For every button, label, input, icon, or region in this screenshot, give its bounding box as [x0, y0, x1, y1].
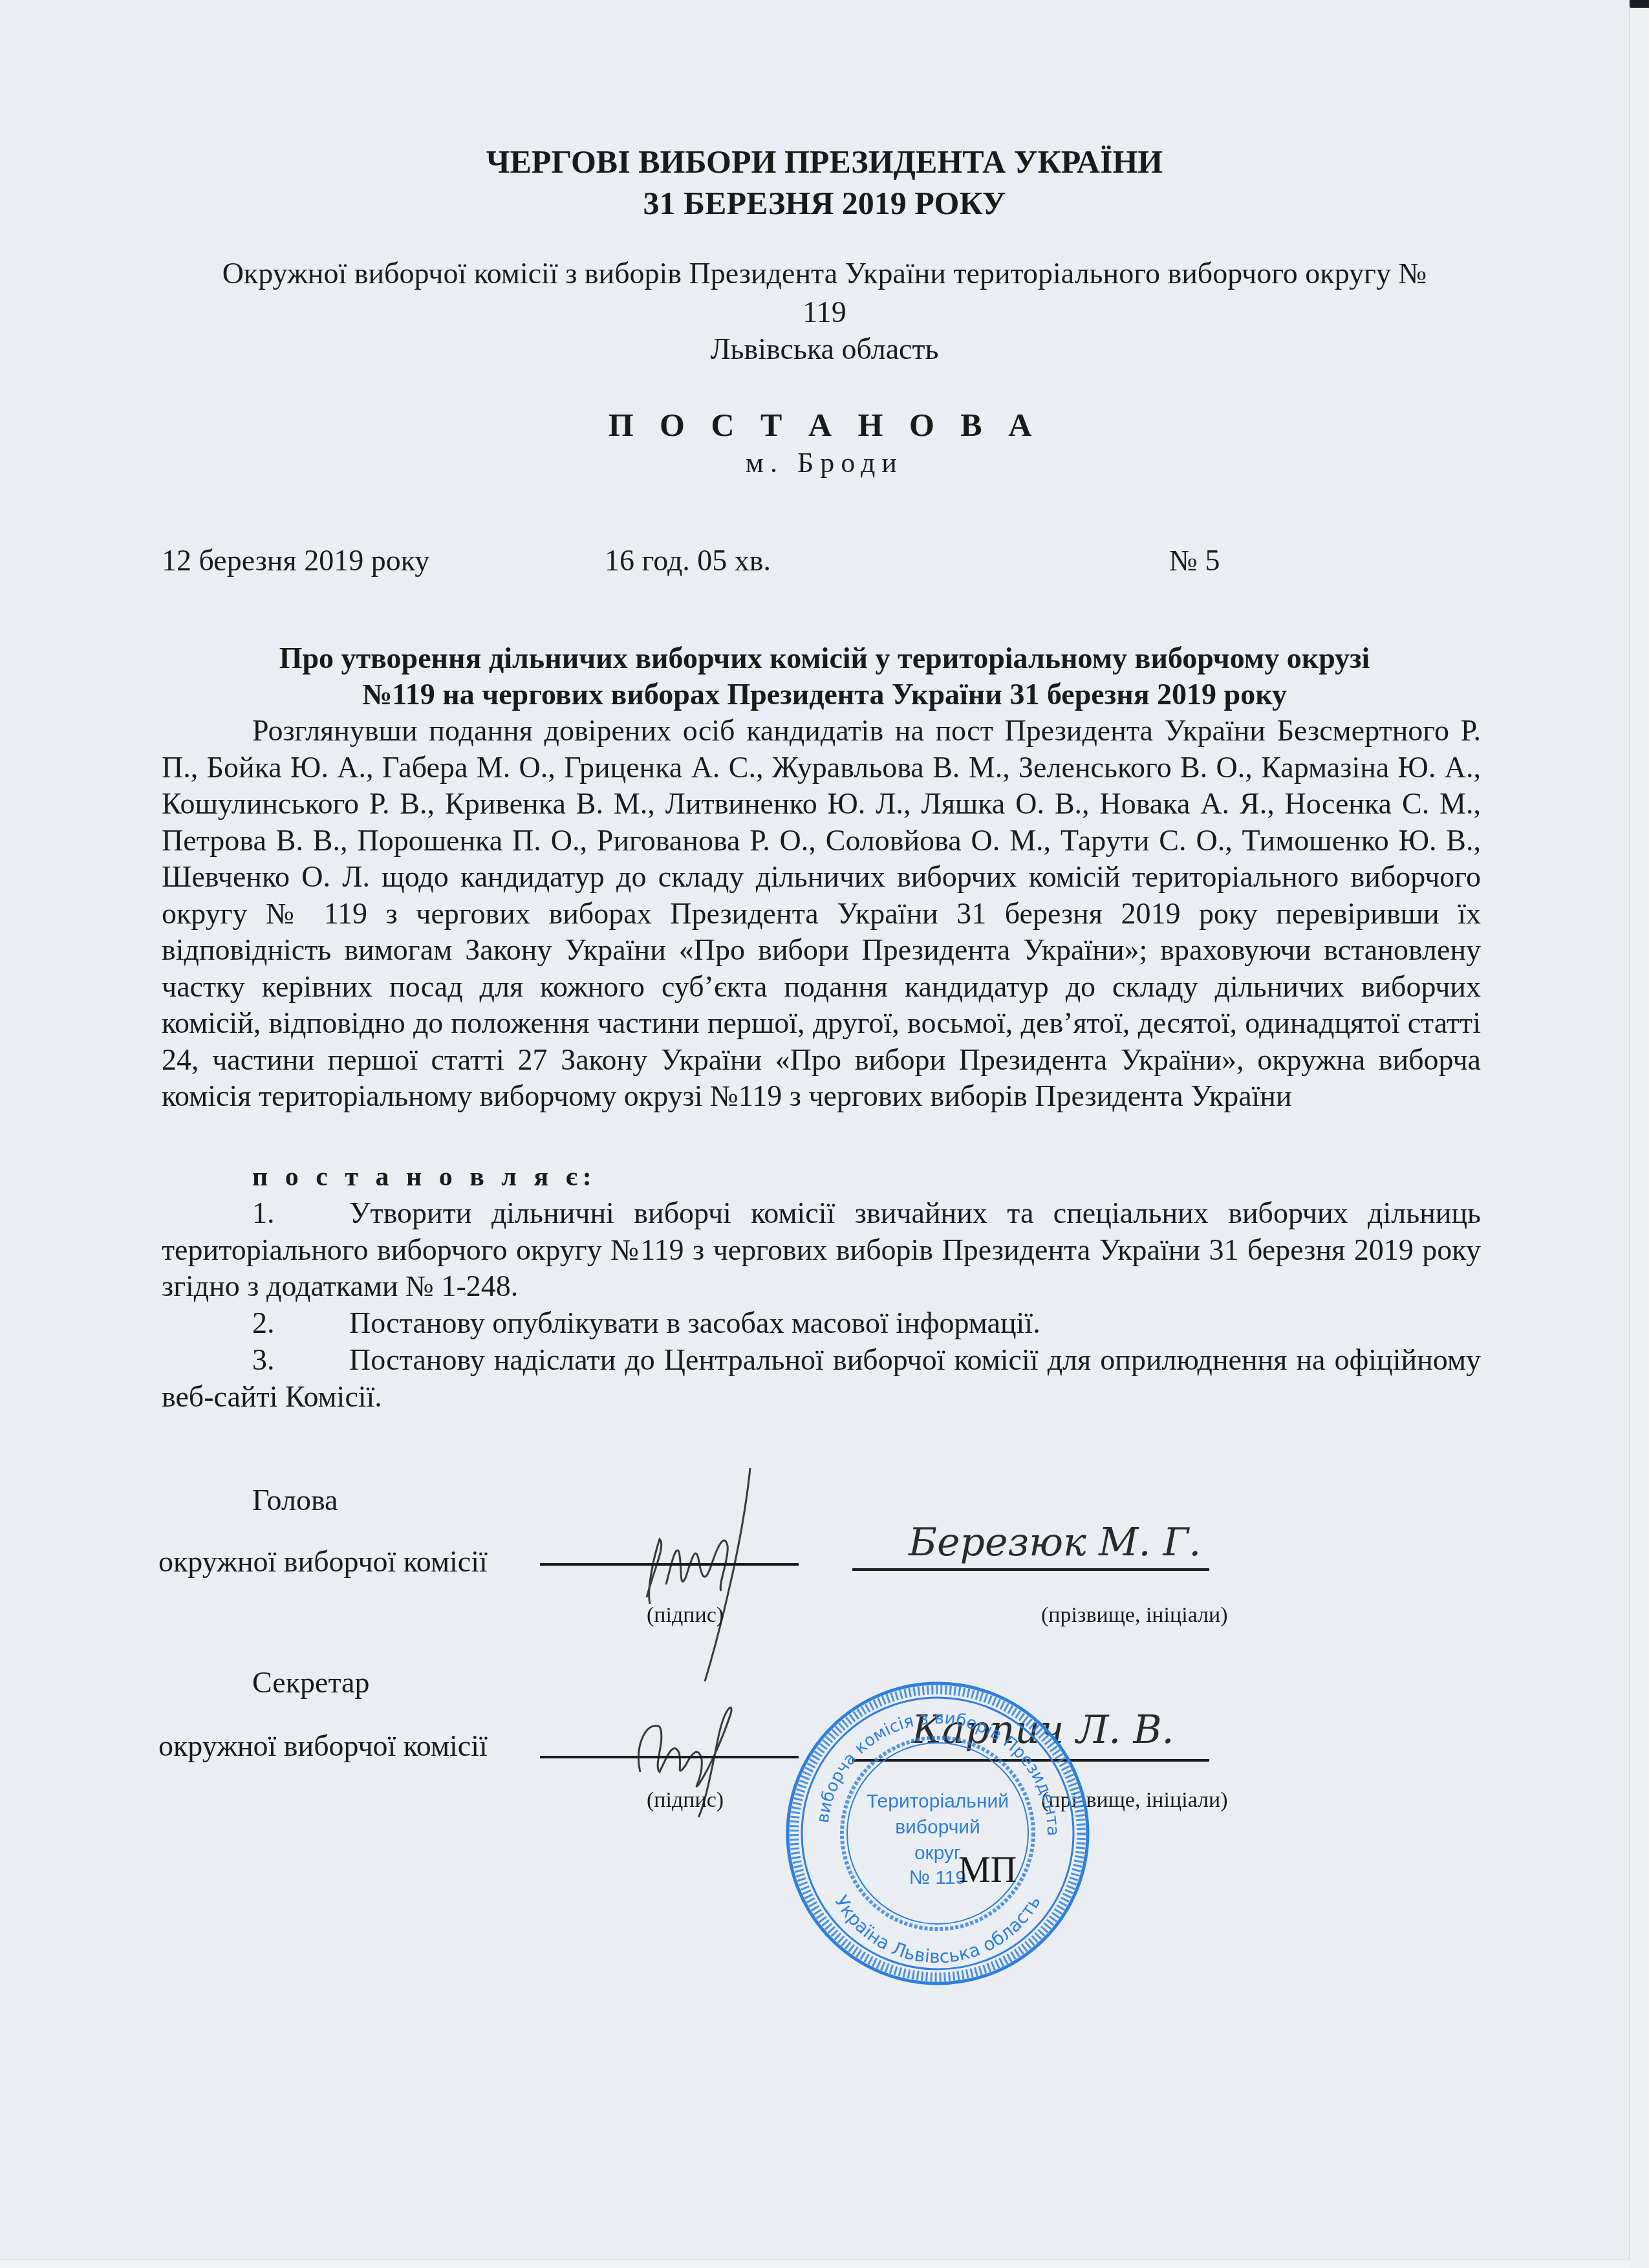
item-number: 3. [162, 1342, 349, 1379]
resolve-word: п о с т а н о в л я є: [252, 1159, 597, 1195]
stamp-center-line2: виборчий [895, 1817, 980, 1838]
chair-signature-line [540, 1563, 799, 1566]
subject-line1: Про утворення дільничих виборчих комісій… [162, 640, 1487, 676]
resolution-item-3: 3.Постанову надіслати до Центральної виб… [162, 1342, 1481, 1415]
subject-line2: №119 на чергових виборах Президента Укра… [162, 676, 1487, 713]
region: Львівська область [162, 330, 1487, 369]
resolution-item-1: 1.Утворити дільничні виборчі комісії зви… [162, 1195, 1481, 1305]
item-number: 1. [162, 1195, 349, 1232]
item-number: 2. [162, 1305, 349, 1342]
election-title: ЧЕРГОВІ ВИБОРИ ПРЕЗИДЕНТА УКРАЇНИ [0, 141, 1649, 182]
chair-name-caption: (прізвище, ініціали) [1041, 1601, 1228, 1630]
document-page: ЧЕРГОВІ ВИБОРИ ПРЕЗИДЕНТА УКРАЇНИ 31 БЕР… [0, 0, 1649, 2268]
secretary-role-commission: окружної виборчої комісії [158, 1727, 488, 1766]
stamp-center-line1: Територіальний [867, 1791, 1009, 1812]
preamble-paragraph: Розглянувши подання довірених осіб канди… [162, 713, 1481, 1115]
item-text: Постанову надіслати до Центральної вибор… [162, 1343, 1481, 1413]
commission-name-line2: 119 [162, 293, 1487, 332]
chair-role: Голова [252, 1481, 338, 1520]
stamp-center-line3: округ [914, 1842, 961, 1864]
chair-role-commission: окружної виборчої комісії [158, 1542, 488, 1581]
scan-edge-strip [1629, 0, 1649, 2268]
secretary-role: Секретар [252, 1663, 370, 1702]
item-text: Постанову опублікувати в засобах масової… [349, 1306, 1040, 1339]
scan-bottom-strip [0, 2260, 1630, 2268]
chair-name-handwritten: Березюк М. Г. [909, 1520, 1201, 1565]
resolution-item-2: 2.Постанову опублікувати в засобах масов… [162, 1305, 1481, 1342]
document-city: м. Броди [0, 445, 1649, 481]
stamp-center-line4: № 119 [909, 1867, 966, 1888]
election-date-title: 31 БЕРЕЗНЯ 2019 РОКУ [0, 182, 1649, 224]
document-number: № 5 [1169, 541, 1220, 580]
official-stamp-icon: Окружна виборча комісія з виборів Презид… [782, 1678, 1093, 1989]
scan-edge-corner [1630, 0, 1649, 8]
secretary-signature-caption: (підпис) [647, 1786, 724, 1815]
commission-name-line1: Окружної виборчої комісії з виборів През… [162, 254, 1487, 293]
chair-signature-icon [621, 1468, 815, 1681]
seal-mark: МП [958, 1851, 1017, 1890]
document-type: П О С Т А Н О В А [0, 405, 1649, 444]
chair-name-line [852, 1568, 1209, 1571]
document-time: 16 год. 05 хв. [605, 541, 771, 580]
secretary-signature-line [540, 1756, 799, 1758]
item-text: Утворити дільничні виборчі комісії звича… [162, 1196, 1481, 1302]
document-date: 12 березня 2019 року [162, 541, 429, 580]
chair-signature-caption: (підпис) [647, 1601, 724, 1630]
